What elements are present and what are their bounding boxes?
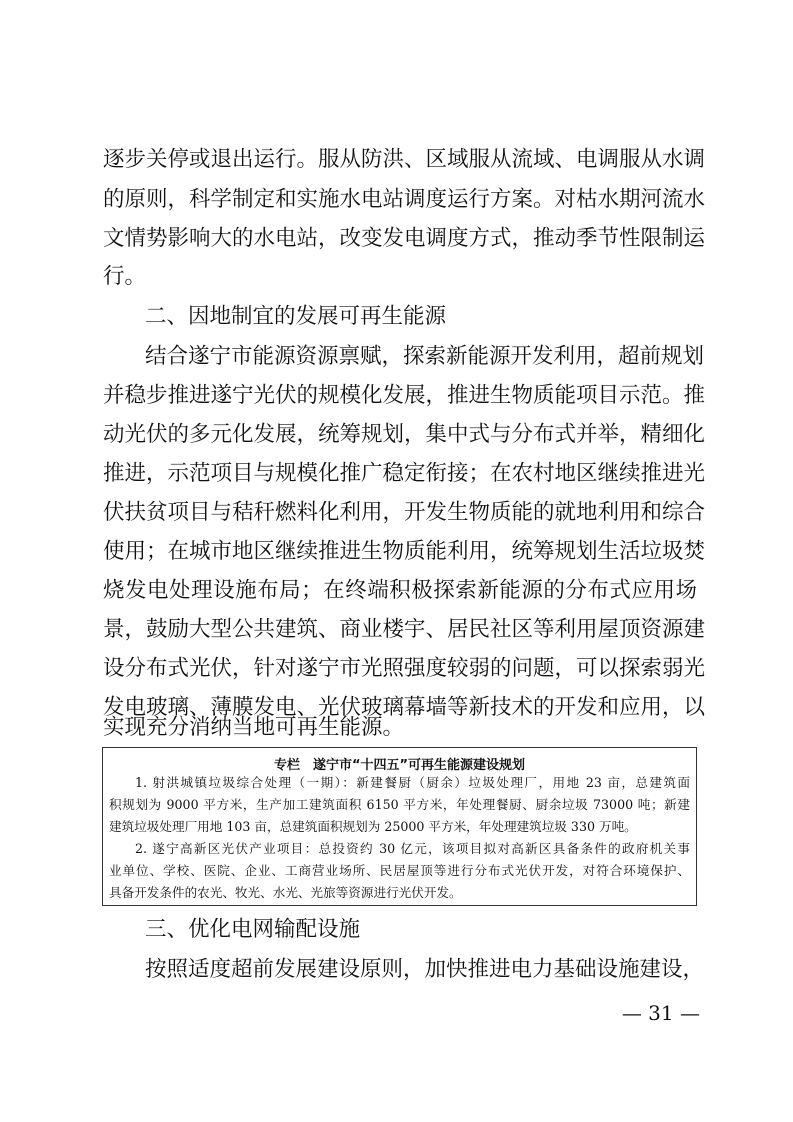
special-column-box: 专栏 遂宁市“十四五”可再生能源建设规划 1. 射洪城镇垃圾综合处理（一期）：新… bbox=[102, 747, 697, 906]
paragraph-line: 设分布式光伏，针对遂宁市光照强度较弱的问题，可以探索弱光 bbox=[103, 657, 697, 681]
paragraph-line: 动光伏的多元化发展，统筹规划，集中式与分布式并举，精细化 bbox=[103, 423, 697, 447]
paragraph-line: 实现充分消纳当地可再生能源。 bbox=[103, 716, 697, 740]
paragraph-line: 并稳步推进遂宁光伏的规模化发展，推进生物质能项目示范。推 bbox=[103, 384, 697, 408]
box-line: 2. 遂宁高新区光伏产业项目：总投资约 30 亿元，该项目拟对高新区具备条件的政… bbox=[135, 841, 690, 857]
paragraph-line: 使用；在城市地区继续推进生物质能利用，统筹规划生活垃圾焚 bbox=[103, 540, 697, 564]
paragraph-line: 按照适度超前发展建设原则，加快推进电力基础设施建设， bbox=[145, 958, 697, 982]
box-line: 具备开发条件的农光、牧光、水光、光旅等资源进行光伏开发。 bbox=[109, 885, 690, 901]
page-number: — 31 — bbox=[600, 1001, 700, 1025]
section-heading: 二、因地制宜的发展可再生能源 bbox=[145, 305, 697, 329]
section-heading: 三、优化电网输配设施 bbox=[145, 918, 697, 942]
box-line: 建筑垃圾处理厂用地 103 亩，总建筑面积规划为 25000 平方米，年处理建筑… bbox=[109, 819, 690, 835]
paragraph-line: 结合遂宁市能源资源禀赋，探索新能源开发利用，超前规划 bbox=[145, 345, 697, 369]
box-line: 1. 射洪城镇垃圾综合处理（一期）：新建餐厨（厨余）垃圾处理厂，用地 23 亩，… bbox=[135, 775, 690, 791]
paragraph-line: 推进，示范项目与规模化推广稳定衔接；在农村地区继续推进光 bbox=[103, 462, 697, 486]
box-line: 业单位、学校、医院、企业、工商营业场所、民居屋顶等进行分布式光伏开发，对符合环境… bbox=[109, 863, 690, 879]
document-page: 逐步关停或退出运行。服从防洪、区域服从流域、电调服从水调 的原则，科学制定和实施… bbox=[0, 0, 793, 1122]
box-line: 积规划为 9000 平方米，生产加工建筑面积 6150 平方米，年处理餐厨、厨余… bbox=[109, 797, 690, 813]
paragraph-line: 逐步关停或退出运行。服从防洪、区域服从流域、电调服从水调 bbox=[103, 148, 697, 172]
paragraph-line: 的原则，科学制定和实施水电站调度运行方案。对枯水期河流水 bbox=[103, 188, 697, 212]
box-title: 专栏 遂宁市“十四五”可再生能源建设规划 bbox=[103, 754, 696, 773]
paragraph-line: 烧发电处理设施布局；在终端积极探索新能源的分布式应用场 bbox=[103, 579, 697, 603]
paragraph-line: 行。 bbox=[103, 265, 697, 289]
paragraph-line: 伏扶贫项目与秸秆燃料化利用，开发生物质能的就地利用和综合 bbox=[103, 501, 697, 525]
paragraph-line: 文情势影响大的水电站，改变发电调度方式，推动季节性限制运 bbox=[103, 227, 697, 251]
paragraph-line: 景，鼓励大型公共建筑、商业楼宇、居民社区等利用屋顶资源建 bbox=[103, 618, 697, 642]
